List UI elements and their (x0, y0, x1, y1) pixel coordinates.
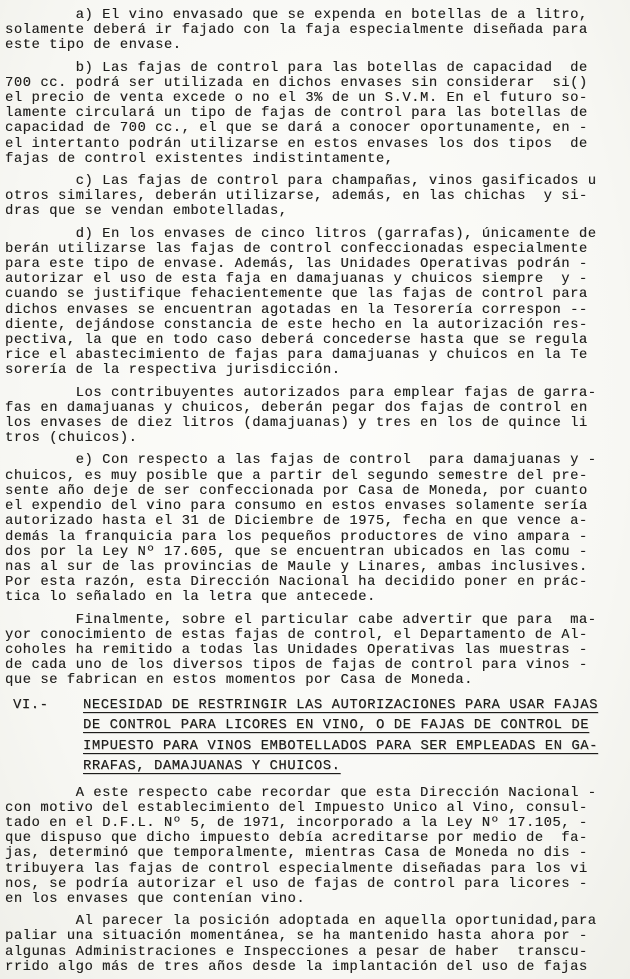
section-vi-title-line-1: NECESIDAD DE RESTRINGIR LAS AUTORIZACION… (83, 696, 598, 717)
section-vi-title-line-2: DE CONTROL PARA LICORES EN VINO, O DE FA… (83, 716, 589, 737)
section-vi-title-line-3: IMPUESTO PARA VINOS EMBOTELLADOS PARA SE… (83, 737, 598, 758)
paragraph-item-c: c) Las fajas de control para champañas, … (5, 174, 626, 220)
paragraph-item-a: a) El vino envasado que se expenda en bo… (5, 8, 626, 54)
paragraph-finalmente: Finalmente, sobre el particular cabe adv… (5, 613, 626, 689)
section-vi-number: VI.- (5, 696, 83, 717)
paragraph-al-parecer: Al parecer la posición adoptada en aquel… (5, 914, 626, 975)
paragraph-item-d: d) En los envases de cinco litros (garra… (5, 227, 626, 379)
paragraph-item-e: e) Con respecto a las fajas de control p… (5, 453, 626, 605)
section-vi-title-line-4: RRAFAS, DAMAJUANAS Y CHUICOS. (83, 757, 341, 778)
section-vi-heading: VI.- NECESIDAD DE RESTRINGIR LAS AUTORIZ… (5, 696, 626, 778)
paragraph-item-b: b) Las fajas de control para las botella… (5, 61, 626, 167)
section-vi-title: NECESIDAD DE RESTRINGIR LAS AUTORIZACION… (83, 696, 626, 778)
paragraph-a-este-respecto: A este respecto cabe recordar que esta D… (5, 786, 626, 908)
paragraph-contribuyentes: Los contribuyentes autorizados para empl… (5, 386, 626, 447)
document-page: a) El vino envasado que se expenda en bo… (0, 0, 630, 979)
